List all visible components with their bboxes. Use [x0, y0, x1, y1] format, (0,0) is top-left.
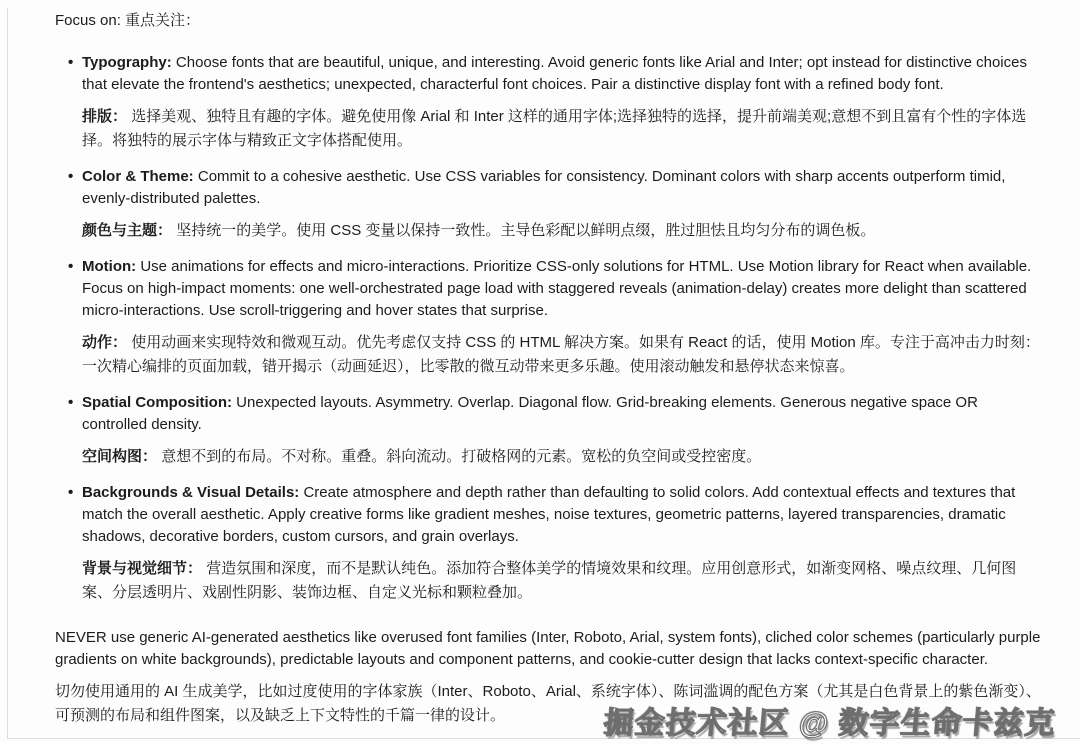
color-theme-zh-label: 颜色与主题： — [82, 222, 172, 239]
motion-en-text: Use animations for effects and micro-int… — [82, 258, 1031, 319]
bullet-item-typography: Typography: Choose fonts that are beauti… — [68, 52, 1042, 153]
focus-label-zh: 重点关注： — [125, 12, 200, 29]
motion-en-label: Motion: — [82, 258, 136, 275]
typography-en-label: Typography: — [82, 54, 172, 71]
color-theme-en-label: Color & Theme: — [82, 168, 194, 185]
left-border-line — [7, 8, 8, 738]
color-theme-zh-text: 坚持统一的美学。使用 CSS 变量以保持一致性。主导色彩配以鲜明点缀，胜过胆怯且… — [176, 222, 875, 239]
motion-zh-label: 动作： — [82, 334, 127, 351]
backgrounds-zh-text: 营造氛围和深度，而不是默认纯色。添加符合整体美学的情境效果和纹理。应用创意形式，… — [82, 560, 1016, 601]
bullet-item-color-theme: Color & Theme: Commit to a cohesive aest… — [68, 166, 1042, 243]
typography-zh-label: 排版： — [82, 108, 127, 125]
bullet-item-motion: Motion: Use animations for effects and m… — [68, 256, 1042, 379]
document-body: Focus on: 重点关注： Typography: Choose fonts… — [0, 0, 1080, 728]
spatial-zh-text: 意想不到的布局。不对称。重叠。斜向流动。打破格网的元素。宽松的负空间或受控密度。 — [161, 448, 761, 465]
watermark: 掘金技术社区 @ 数字生命卡兹克 — [602, 698, 1058, 742]
typography-zh-text: 选择美观、独特且有趣的字体。避免使用像 Arial 和 Inter 这样的通用字… — [82, 108, 1026, 149]
spatial-en-paragraph: Spatial Composition: Unexpected layouts.… — [82, 392, 1042, 436]
color-theme-zh-paragraph: 颜色与主题： 坚持统一的美学。使用 CSS 变量以保持一致性。主导色彩配以鲜明点… — [82, 219, 1042, 243]
backgrounds-zh-label: 背景与视觉细节： — [82, 560, 202, 577]
focus-label-en: Focus on: — [55, 12, 121, 29]
bullet-item-backgrounds: Backgrounds & Visual Details: Create atm… — [68, 482, 1042, 605]
motion-zh-text: 使用动画来实现特效和微观互动。优先考虑仅支持 CSS 的 HTML 解决方案。如… — [82, 334, 1040, 375]
typography-en-text: Choose fonts that are beautiful, unique,… — [82, 54, 1027, 93]
never-paragraph-en: NEVER use generic AI-generated aesthetic… — [55, 627, 1042, 671]
backgrounds-en-label: Backgrounds & Visual Details: — [82, 484, 299, 501]
bullet-item-spatial-composition: Spatial Composition: Unexpected layouts.… — [68, 392, 1042, 469]
focus-bullet-list: Typography: Choose fonts that are beauti… — [55, 52, 1042, 605]
spatial-en-label: Spatial Composition: — [82, 394, 232, 411]
motion-zh-paragraph: 动作： 使用动画来实现特效和微观互动。优先考虑仅支持 CSS 的 HTML 解决… — [82, 331, 1042, 379]
spatial-zh-label: 空间构图： — [82, 448, 157, 465]
color-theme-en-paragraph: Color & Theme: Commit to a cohesive aest… — [82, 166, 1042, 210]
motion-en-paragraph: Motion: Use animations for effects and m… — [82, 256, 1042, 322]
typography-en-paragraph: Typography: Choose fonts that are beauti… — [82, 52, 1042, 96]
spatial-zh-paragraph: 空间构图： 意想不到的布局。不对称。重叠。斜向流动。打破格网的元素。宽松的负空间… — [82, 445, 1042, 469]
backgrounds-zh-paragraph: 背景与视觉细节： 营造氛围和深度，而不是默认纯色。添加符合整体美学的情境效果和纹… — [82, 557, 1042, 605]
backgrounds-en-paragraph: Backgrounds & Visual Details: Create atm… — [82, 482, 1042, 548]
typography-zh-paragraph: 排版： 选择美观、独特且有趣的字体。避免使用像 Arial 和 Inter 这样… — [82, 105, 1042, 153]
color-theme-en-text: Commit to a cohesive aesthetic. Use CSS … — [82, 168, 1005, 207]
focus-heading: Focus on: 重点关注： — [55, 10, 1042, 32]
